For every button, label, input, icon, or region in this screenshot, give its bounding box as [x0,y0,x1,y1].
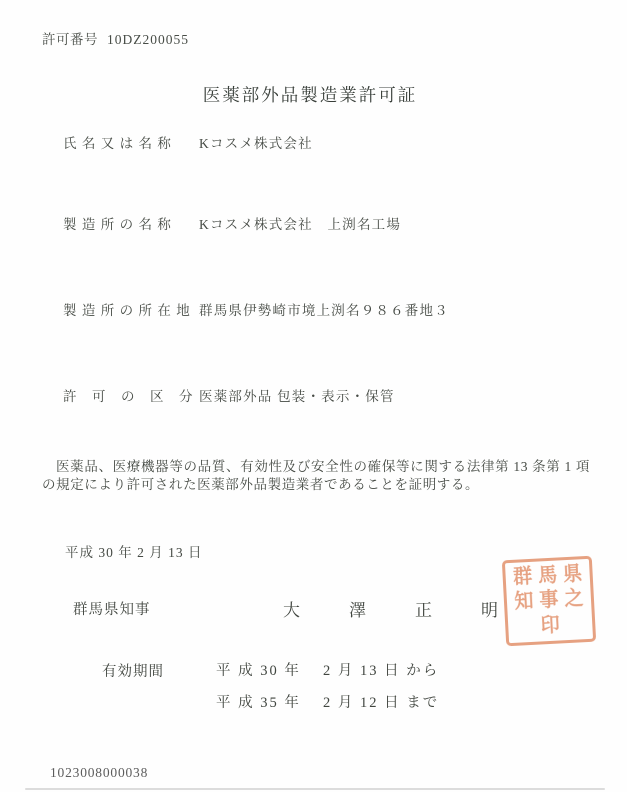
permit-number-line: 許可番号10DZ200055 [42,28,189,48]
scan-edge-artifact [25,788,605,790]
permit-number-value: 10DZ200055 [107,32,189,47]
issue-date: 平成 30 年 2 月 13 日 [65,541,203,561]
issuer-name: 大 澤 正 明 [283,596,514,621]
validity-period-from: 平 成 30 年 2 月 13 日 から [216,659,439,680]
issuer-title: 群馬県知事 [73,598,151,619]
permit-number-label: 許可番号 [42,32,98,47]
seal-text-row: 印 [540,615,566,637]
certificate-page: 許可番号10DZ200055 医薬部外品製造業許可証 氏 名 又 は 名 称 K… [0,0,627,792]
field-license-category-label: 許 可 の 区 分 [63,385,194,405]
validity-period-label: 有効期間 [102,660,164,681]
seal-text-row: 知事之 [514,588,590,613]
field-factory-name-value: Kコスメ株式会社 上渕名工場 [199,213,401,233]
seal-text-row: 群馬県 [513,563,589,588]
field-name-value: Kコスメ株式会社 [199,132,313,152]
official-seal: 群馬県 知事之 印 [502,556,596,647]
footer-document-number: 1023008000038 [50,765,148,781]
field-factory-address-value: 群馬県伊勢崎市境上渕名９８６番地３ [199,299,449,319]
field-factory-address-label: 製 造 所 の 所 在 地 [63,299,191,319]
certification-statement: 医薬品、医療機器等の品質、有効性及び安全性の確保等に関する法律第 13 条第 1… [42,458,590,494]
field-factory-name-label: 製 造 所 の 名 称 [63,213,172,233]
document-title: 医薬部外品製造業許可証 [0,82,620,107]
field-license-category-value: 医薬部外品 包装・表示・保管 [199,385,395,405]
validity-period-to: 平 成 35 年 2 月 12 日 まで [216,691,439,712]
field-name-label: 氏 名 又 は 名 称 [63,132,172,152]
